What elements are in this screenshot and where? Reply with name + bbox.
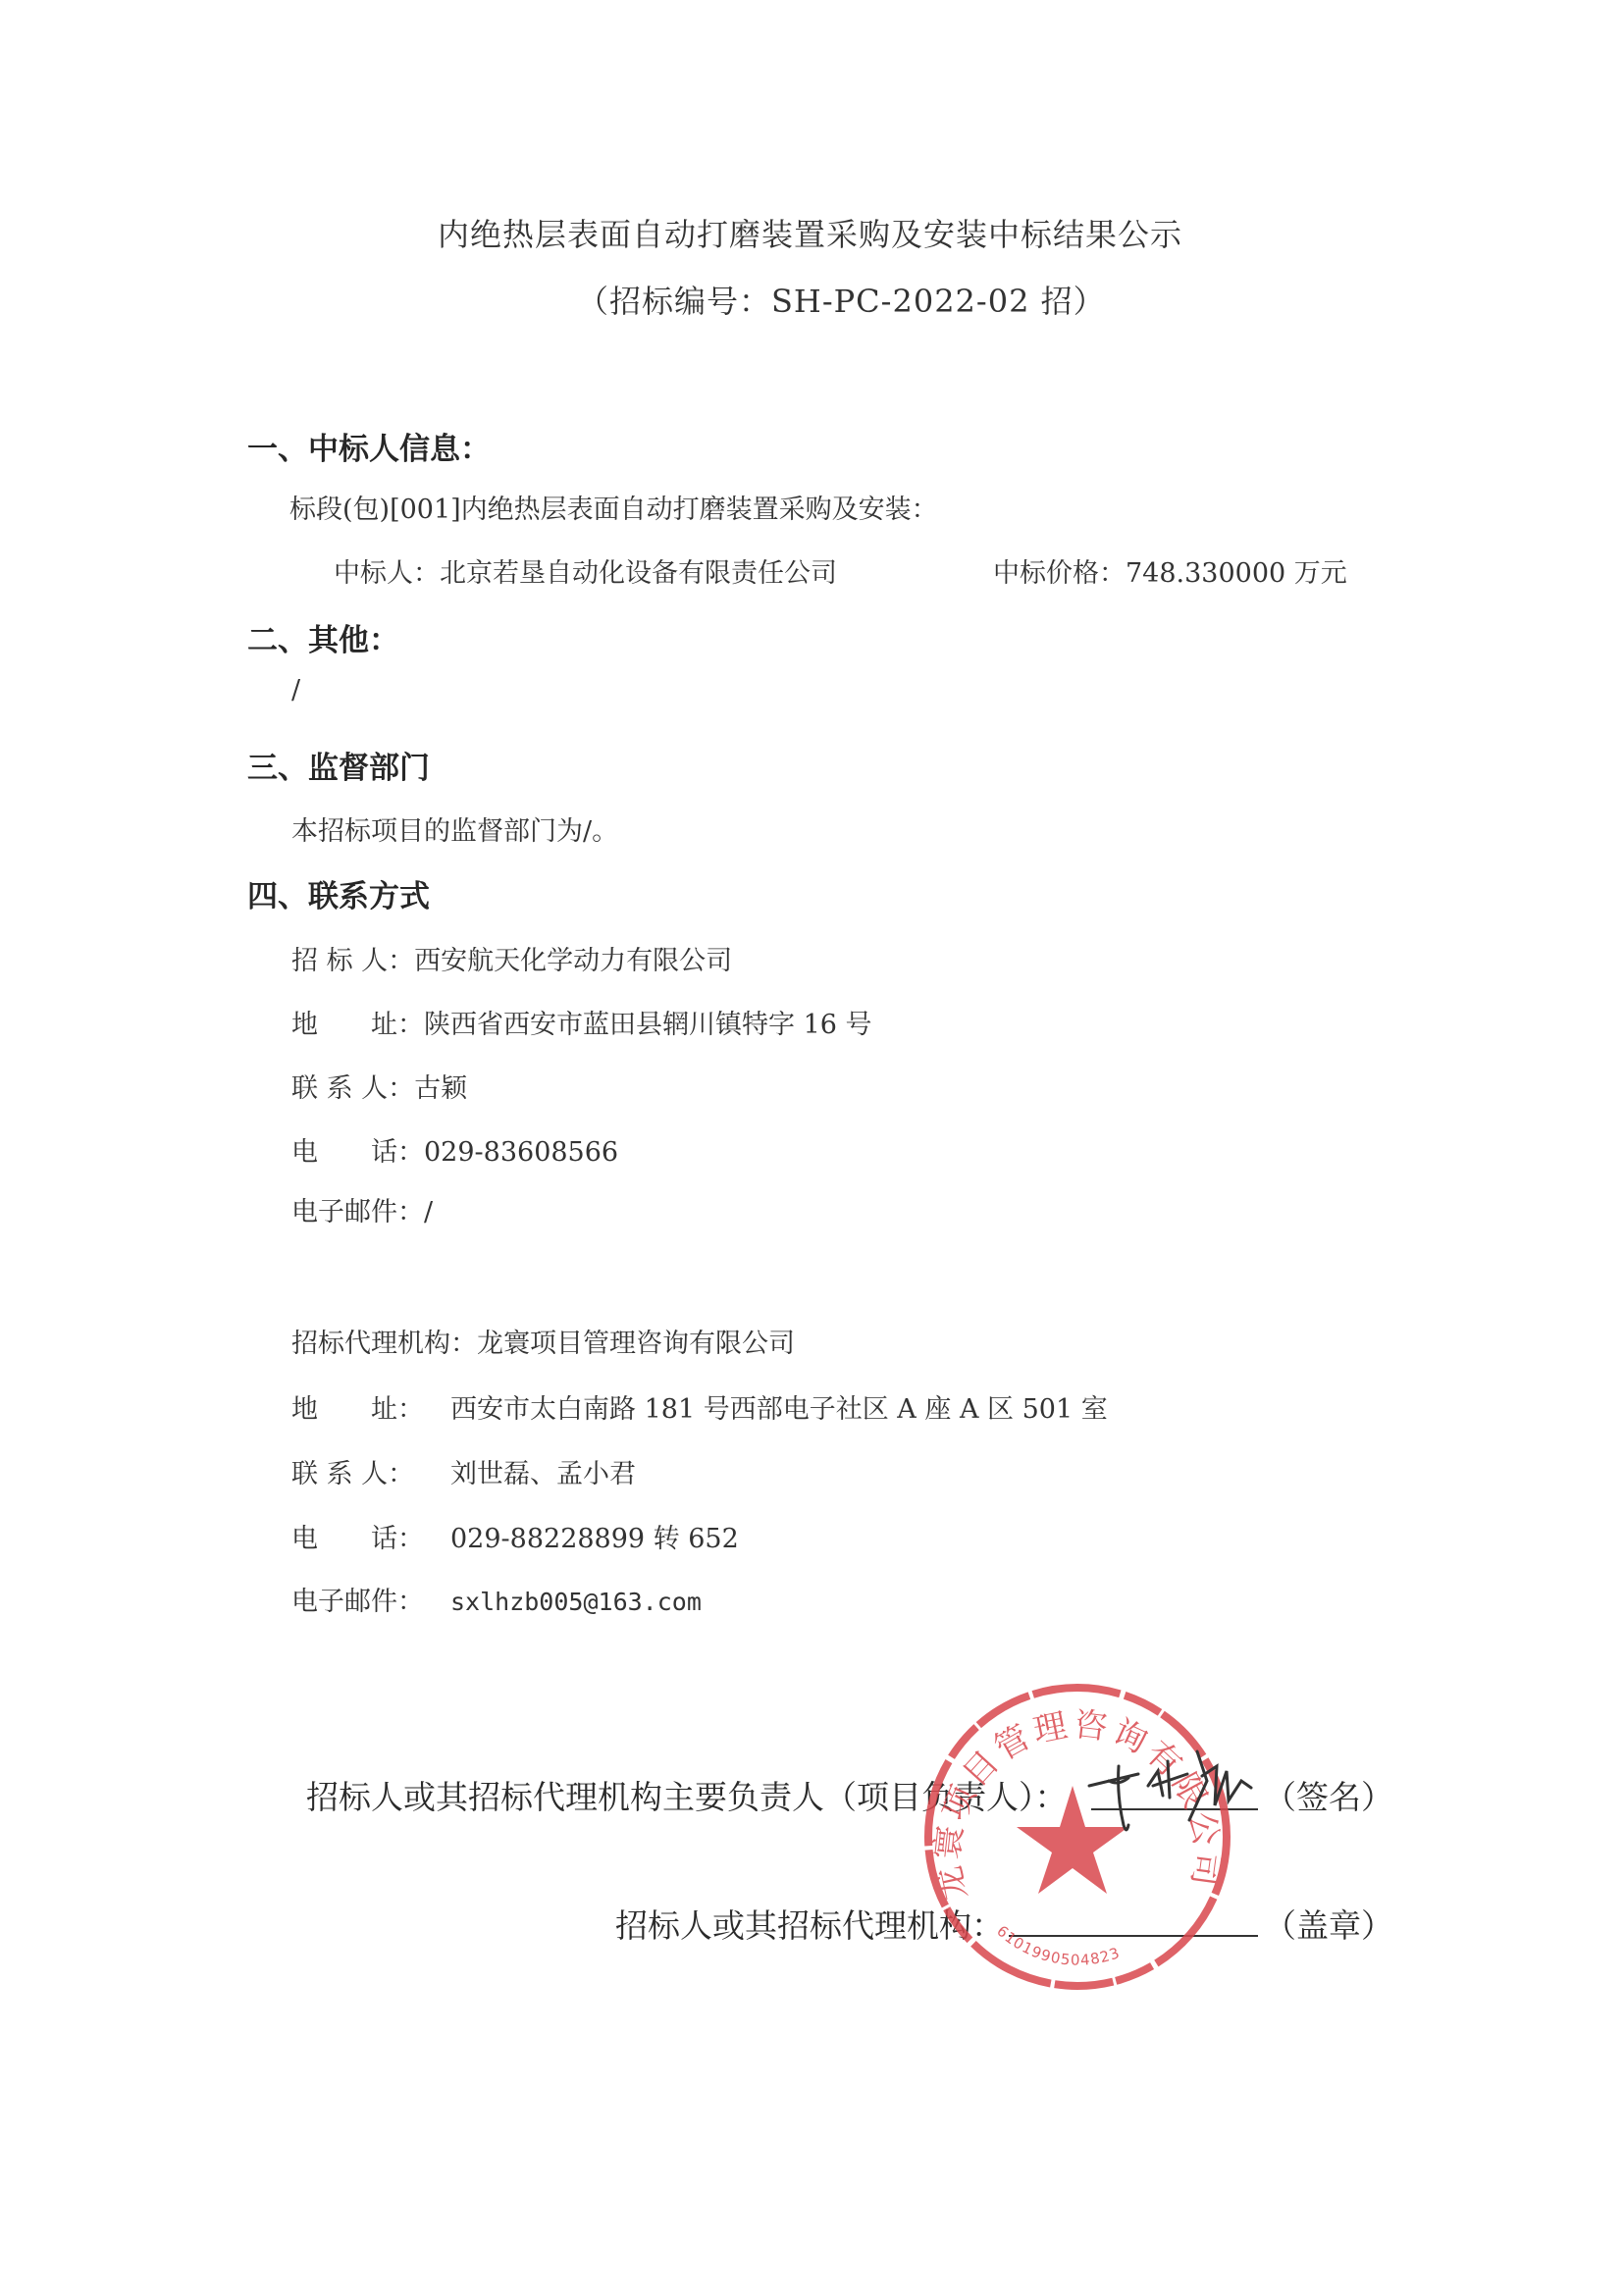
- tenderer-contact-person-row: 联 系 人：古颖: [291, 1067, 467, 1105]
- tenderer-email-row: 电子邮件：/: [291, 1190, 433, 1228]
- contact-label: 电子邮件：: [291, 1580, 450, 1618]
- contact-value: 刘世磊、孟小君: [450, 1459, 636, 1489]
- contact-label: 电子邮件：: [291, 1190, 424, 1228]
- contact-label: 地 址：: [291, 1387, 450, 1426]
- section-heading-winner: 一、中标人信息：: [247, 424, 491, 468]
- contact-value: /: [424, 1197, 433, 1227]
- contact-label: 电 话：: [291, 1517, 450, 1555]
- lot-description: 标段(包)[001]内绝热层表面自动打磨装置采购及安装：: [289, 488, 938, 526]
- winner-row: 中标人：北京若垦自动化设备有限责任公司: [334, 551, 837, 590]
- agency-contact-person-row: 联 系 人：刘世磊、孟小君: [291, 1452, 636, 1490]
- signature-suffix: （签名）: [1264, 1772, 1393, 1818]
- tenderer-phone-row: 电 话：029-83608566: [291, 1130, 618, 1169]
- tenderer-address-row: 地 址：陕西省西安市蓝田县辋川镇特字 16 号: [291, 1003, 872, 1041]
- price-value: 748.330000 万元: [1126, 558, 1347, 589]
- contact-value: 古颖: [414, 1073, 467, 1104]
- document-subtitle: （招标编号：SH-PC-2022-02 招）: [577, 277, 1106, 322]
- handwritten-signature: [1079, 1727, 1276, 1854]
- contact-label: 招标代理机构：: [291, 1329, 477, 1359]
- contact-label: 联 系 人：: [291, 1067, 414, 1105]
- other-body: /: [291, 675, 300, 705]
- section-heading-supervision: 三、监督部门: [247, 743, 430, 787]
- supervision-body: 本招标项目的监督部门为/。: [291, 809, 618, 848]
- agency-phone-row: 电 话：029-88228899 转 652: [291, 1517, 739, 1555]
- contact-value: 029-88228899 转 652: [450, 1524, 739, 1554]
- winner-label: 中标人：: [334, 558, 440, 589]
- agency-name-row: 招标代理机构：龙寰项目管理咨询有限公司: [291, 1322, 795, 1360]
- price-row: 中标价格：748.330000 万元: [993, 551, 1347, 590]
- price-label: 中标价格：: [993, 558, 1126, 589]
- section-heading-contact: 四、联系方式: [247, 871, 430, 915]
- document-title: 内绝热层表面自动打磨装置采购及安装中标结果公示: [438, 210, 1182, 255]
- contact-value: 西安航天化学动力有限公司: [414, 946, 732, 976]
- stamp-number: 6101990504823: [993, 1922, 1123, 1969]
- contact-value: 029-83608566: [424, 1137, 618, 1168]
- contact-label: 联 系 人：: [291, 1452, 450, 1490]
- contact-value: 西安市太白南路 181 号西部电子社区 A 座 A 区 501 室: [450, 1394, 1108, 1425]
- contact-label: 电 话：: [291, 1130, 424, 1169]
- contact-value: 龙寰项目管理咨询有限公司: [477, 1329, 795, 1359]
- section-heading-other: 二、其他：: [247, 615, 399, 659]
- agency-email-row: 电子邮件：sxlhzb005@163.com: [291, 1580, 702, 1618]
- winner-name: 北京若垦自动化设备有限责任公司: [440, 558, 837, 589]
- agency-address-row: 地 址：西安市太白南路 181 号西部电子社区 A 座 A 区 501 室: [291, 1387, 1108, 1426]
- seal-suffix: （盖章）: [1264, 1901, 1393, 1947]
- contact-value: 陕西省西安市蓝田县辋川镇特字 16 号: [424, 1010, 872, 1040]
- contact-label: 招 标 人：: [291, 939, 414, 977]
- tenderer-name-row: 招 标 人：西安航天化学动力有限公司: [291, 939, 732, 977]
- contact-value: sxlhzb005@163.com: [450, 1588, 702, 1616]
- contact-label: 地 址：: [291, 1003, 424, 1041]
